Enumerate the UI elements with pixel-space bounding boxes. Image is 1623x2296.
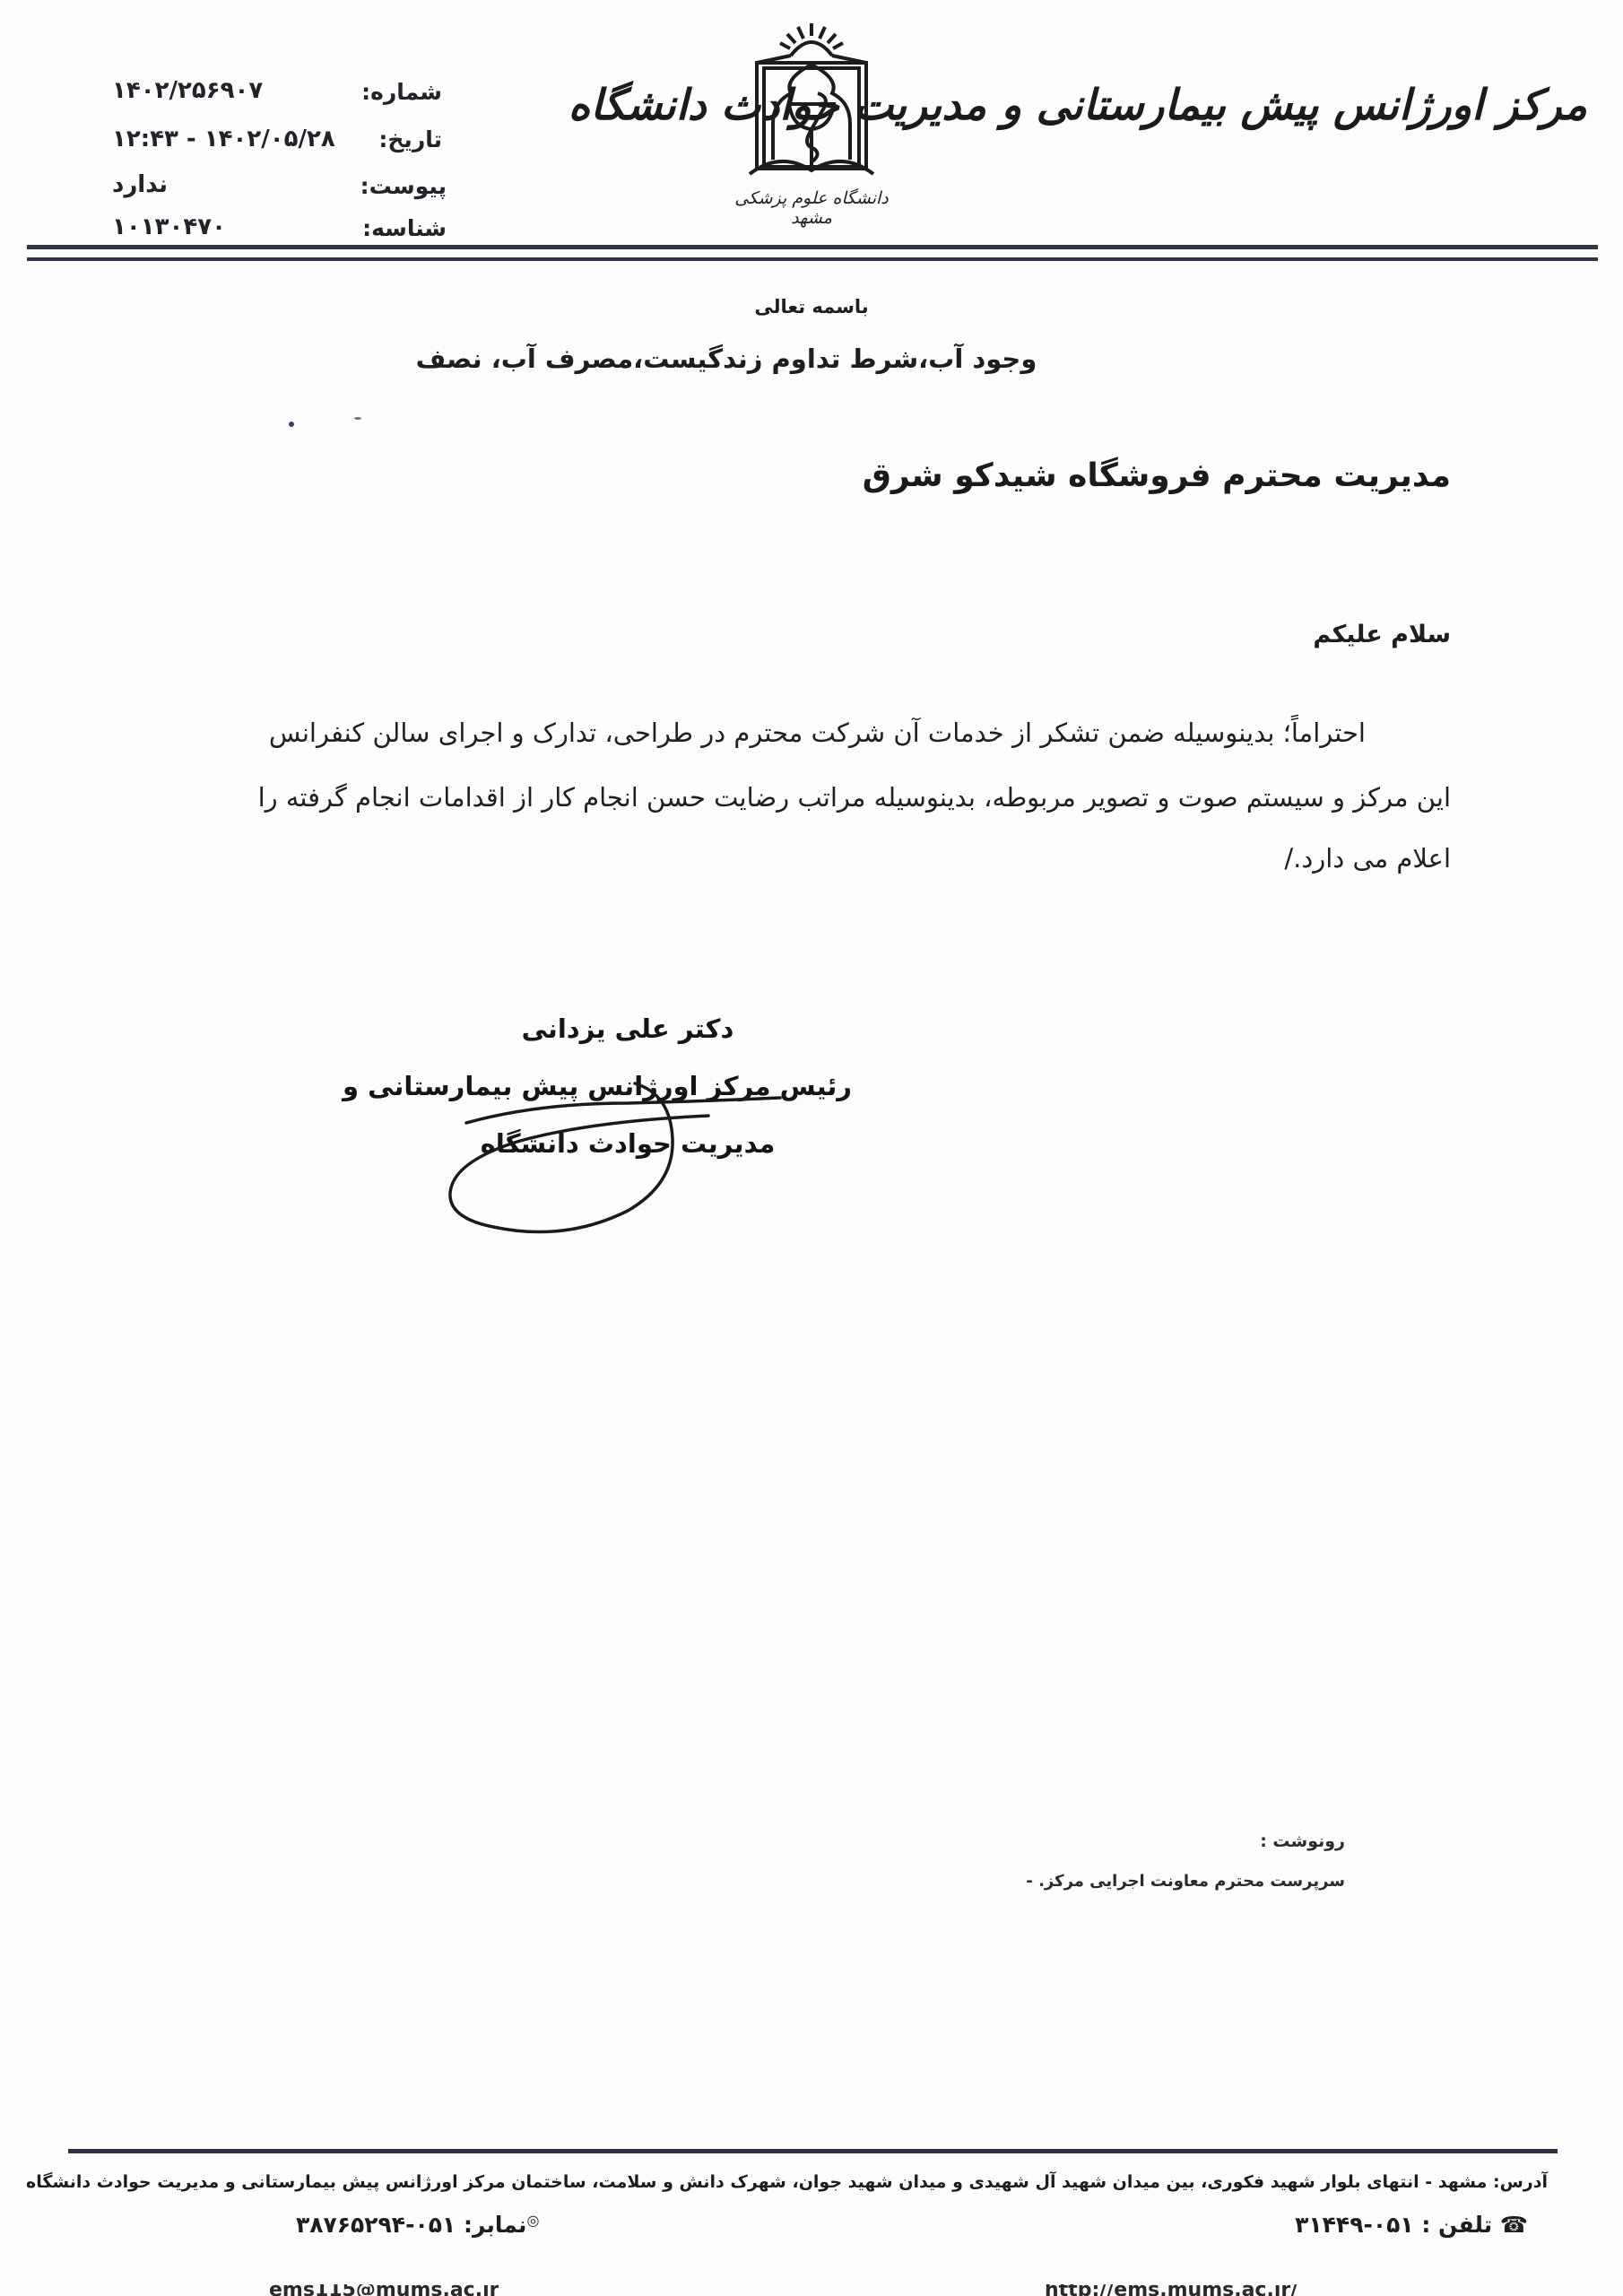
logo-caption: دانشگاه علوم پزشکی مشهد [726, 188, 897, 228]
header-rule-top [27, 245, 1598, 249]
bismillah: باسمه تعالی [0, 296, 1623, 317]
fax-value: ۰۵۱-۳۸۷۶۵۲۹۴ [296, 2212, 456, 2238]
organization-title: مرکز اورژانس پیش بیمارستانی و مدیریت حوا… [568, 81, 1587, 130]
attachment-label: پیوست: [360, 173, 447, 199]
phone-value: ۰۵۱-۳۱۴۴۹ [1295, 2212, 1413, 2238]
body-line: احتراماً؛ بدینوسیله ضمن تشکر از خدمات آن… [269, 717, 1366, 748]
signatory-name: دکتر علی یزدانی [404, 1000, 852, 1057]
footer-website[interactable]: http://ems.mums.ac.ir/ [1045, 2284, 1298, 2296]
date-label: تاریخ: [378, 126, 442, 152]
footer-fax: ◎نمابر: ۰۵۱-۳۸۷۶۵۲۹۴ [296, 2212, 539, 2238]
phone-label: تلفن : [1421, 2212, 1492, 2238]
water-motto: وجود آب،شرط تداوم زندگیست،مصرف آب، نصف [0, 344, 1538, 374]
footer-email[interactable]: ems115@mums.ac.ir [269, 2284, 499, 2296]
footer-rule [68, 2149, 1558, 2153]
telephone-icon: ☎ [1500, 2212, 1528, 2238]
date-value: ۱۴۰۲/۰۵/۲۸ - ۱۲:۴۳ [112, 126, 335, 152]
id-value: ۱۰۱۳۰۴۷۰ [112, 213, 226, 240]
header-rule-bottom [27, 257, 1598, 261]
footer-phone: ☎ تلفن : ۰۵۱-۳۱۴۴۹ [1295, 2212, 1528, 2238]
fax-label: نمابر: [464, 2212, 526, 2238]
greeting: سلام علیکم [1313, 621, 1451, 648]
cc-item: سرپرست محترم معاونت اجرایی مرکز. - [1026, 1872, 1345, 1891]
footer-address: آدرس: مشهد - انتهای بلوار شهید فکوری، بی… [26, 2172, 1548, 2192]
body-line: اعلام می دارد./ [1284, 843, 1451, 874]
handwritten-signature [430, 1076, 789, 1247]
body-paragraph: احتراماً؛ بدینوسیله ضمن تشکر از خدمات آن… [160, 717, 1451, 888]
number-label: شماره: [361, 79, 442, 105]
number-value: ۱۴۰۲/۲۵۶۹۰۷ [112, 77, 263, 104]
fax-icon: ◎ [526, 2212, 539, 2229]
recipient: مدیریت محترم فروشگاه شیدکو شرق [863, 457, 1451, 494]
cc-label: رونوشت : [1260, 1831, 1345, 1851]
attachment-value: ندارد [112, 171, 168, 198]
scan-speck [289, 422, 294, 427]
body-line: این مرکز و سیستم صوت و تصویر مربوطه، بدی… [258, 782, 1451, 813]
scan-speck [354, 417, 361, 420]
id-label: شناسه: [362, 215, 447, 241]
